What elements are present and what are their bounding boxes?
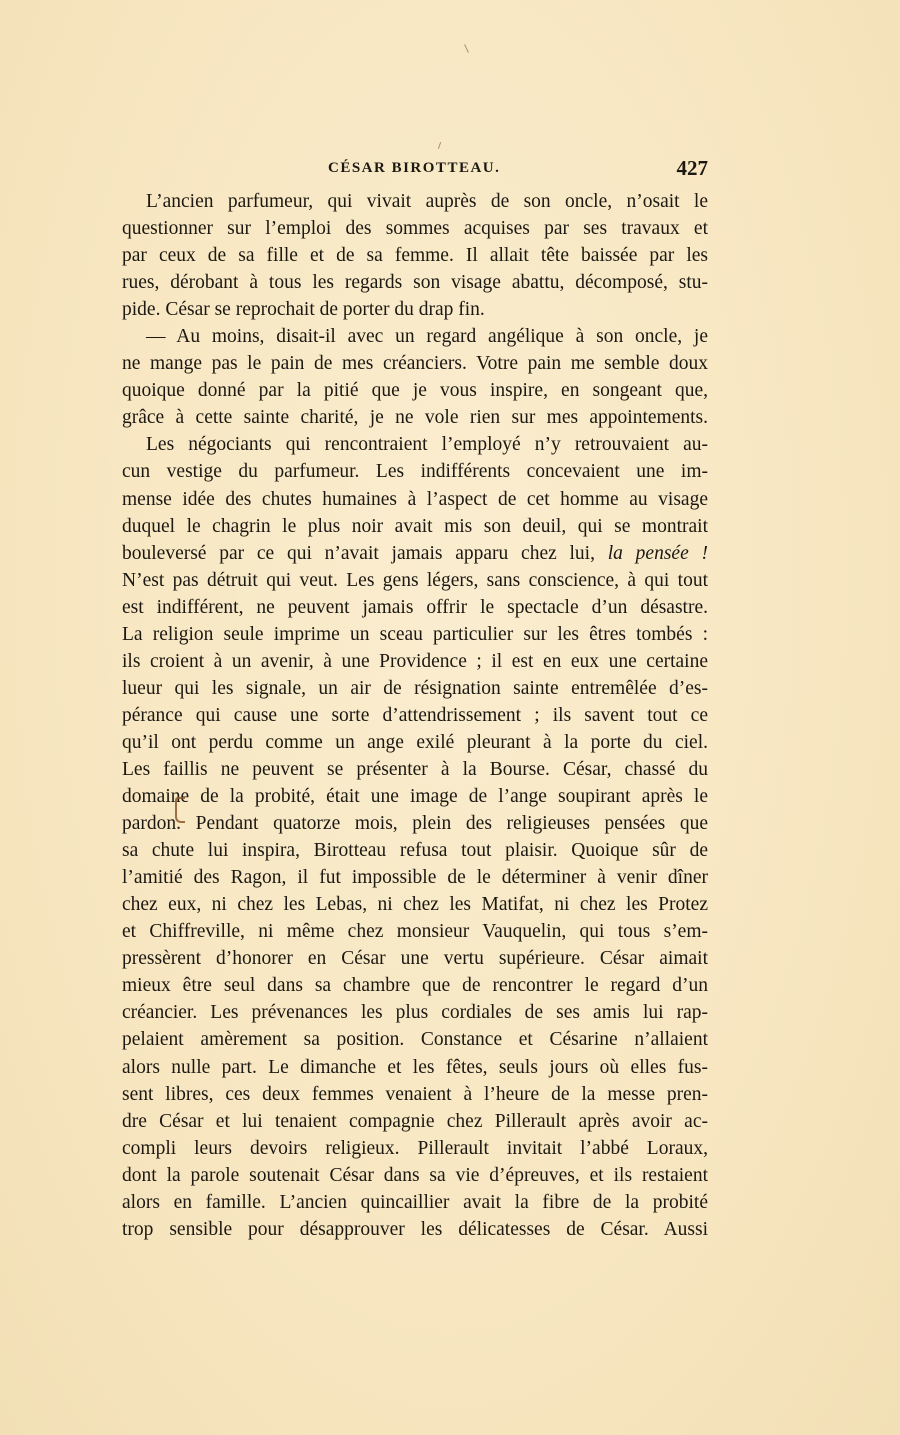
body-text: L’ancien parfumeur, qui vivait auprès de… (122, 188, 708, 1243)
text-line: par ceux de sa fille et de sa femme. Il … (122, 242, 708, 269)
text-line: pelaient amèrement sa position. Constanc… (122, 1026, 708, 1053)
text-line: quoique donné par la pitié que je vous i… (122, 377, 708, 404)
text-line: domaine de la probité, était une image d… (122, 783, 708, 810)
text-line: alors en famille. L’ancien quincaillier … (122, 1189, 708, 1216)
text-line: grâce à cette sainte charité, je ne vole… (122, 404, 708, 431)
text-line: alors nulle part. Le dimanche et les fêt… (122, 1054, 708, 1081)
text-line: N’est pas détruit qui veut. Les gens lég… (122, 567, 708, 594)
text-line: — Au moins, disait-il avec un regard ang… (122, 323, 708, 350)
text-line: sent libres, ces deux femmes venaient à … (122, 1081, 708, 1108)
text-line: cun vestige du parfumeur. Les indifféren… (122, 458, 708, 485)
text-line: L’ancien parfumeur, qui vivait auprès de… (122, 188, 708, 215)
text-line: questionner sur l’emploi des sommes acqu… (122, 215, 708, 242)
text-line: est indifférent, ne peuvent jamais offri… (122, 594, 708, 621)
text-line: duquel le chagrin le plus noir avait mis… (122, 513, 708, 540)
text-line: rues, dérobant à tous les regards son vi… (122, 269, 708, 296)
text-line: pérance qui cause une sorte d’attendriss… (122, 702, 708, 729)
text-line: l’amitié des Ragon, il fut impossible de… (122, 864, 708, 891)
text-line: dont la parole soutenait César dans sa v… (122, 1162, 708, 1189)
text-line: trop sensible pour désapprouver les déli… (122, 1216, 708, 1243)
text-line: qu’il ont perdu comme un ange exilé pleu… (122, 729, 708, 756)
text-line: mieux être seul dans sa chambre que de r… (122, 972, 708, 999)
text-line: créancier. Les prévenances les plus cord… (122, 999, 708, 1026)
ink-stain-mark (175, 797, 185, 823)
page-header: CÉSAR BIROTTEAU. 427 (122, 156, 708, 182)
text-line: mense idée des chutes humaines à l’aspec… (122, 486, 708, 513)
text-line: pressèrent d’honorer en César une vertu … (122, 945, 708, 972)
text-line: et Chiffreville, ni même chez monsieur V… (122, 918, 708, 945)
text-line: lueur qui les signale, un air de résigna… (122, 675, 708, 702)
text-line: La religion seule imprime un sceau parti… (122, 621, 708, 648)
text-line: dre César et lui tenaient compagnie chez… (122, 1108, 708, 1135)
text-line: ils croient à un avenir, à une Providenc… (122, 648, 708, 675)
text-line: ne mange pas le pain de mes créanciers. … (122, 350, 708, 377)
text-line: compli leurs devoirs religieux. Pillerau… (122, 1135, 708, 1162)
text-line: sa chute lui inspira, Birotteau refusa t… (122, 837, 708, 864)
page-number: 427 (677, 156, 709, 181)
text-line: pardon. Pendant quatorze mois, plein des… (122, 810, 708, 837)
text-line-with-italic: bouleversé par ce qui n’avait jamais app… (122, 540, 708, 567)
italic-phrase: la pensée ! (608, 543, 708, 564)
text-line: Les faillis ne peuvent se présenter à la… (122, 756, 708, 783)
text-line: Les négociants qui rencontraient l’emplo… (122, 431, 708, 458)
text-line-segment: bouleversé par ce qui n’avait jamais app… (122, 543, 595, 564)
running-title: CÉSAR BIROTTEAU. (328, 160, 500, 177)
text-line: chez eux, ni chez les Lebas, ni chez les… (122, 891, 708, 918)
text-line: pide. César se reprochait de porter du d… (122, 296, 708, 323)
